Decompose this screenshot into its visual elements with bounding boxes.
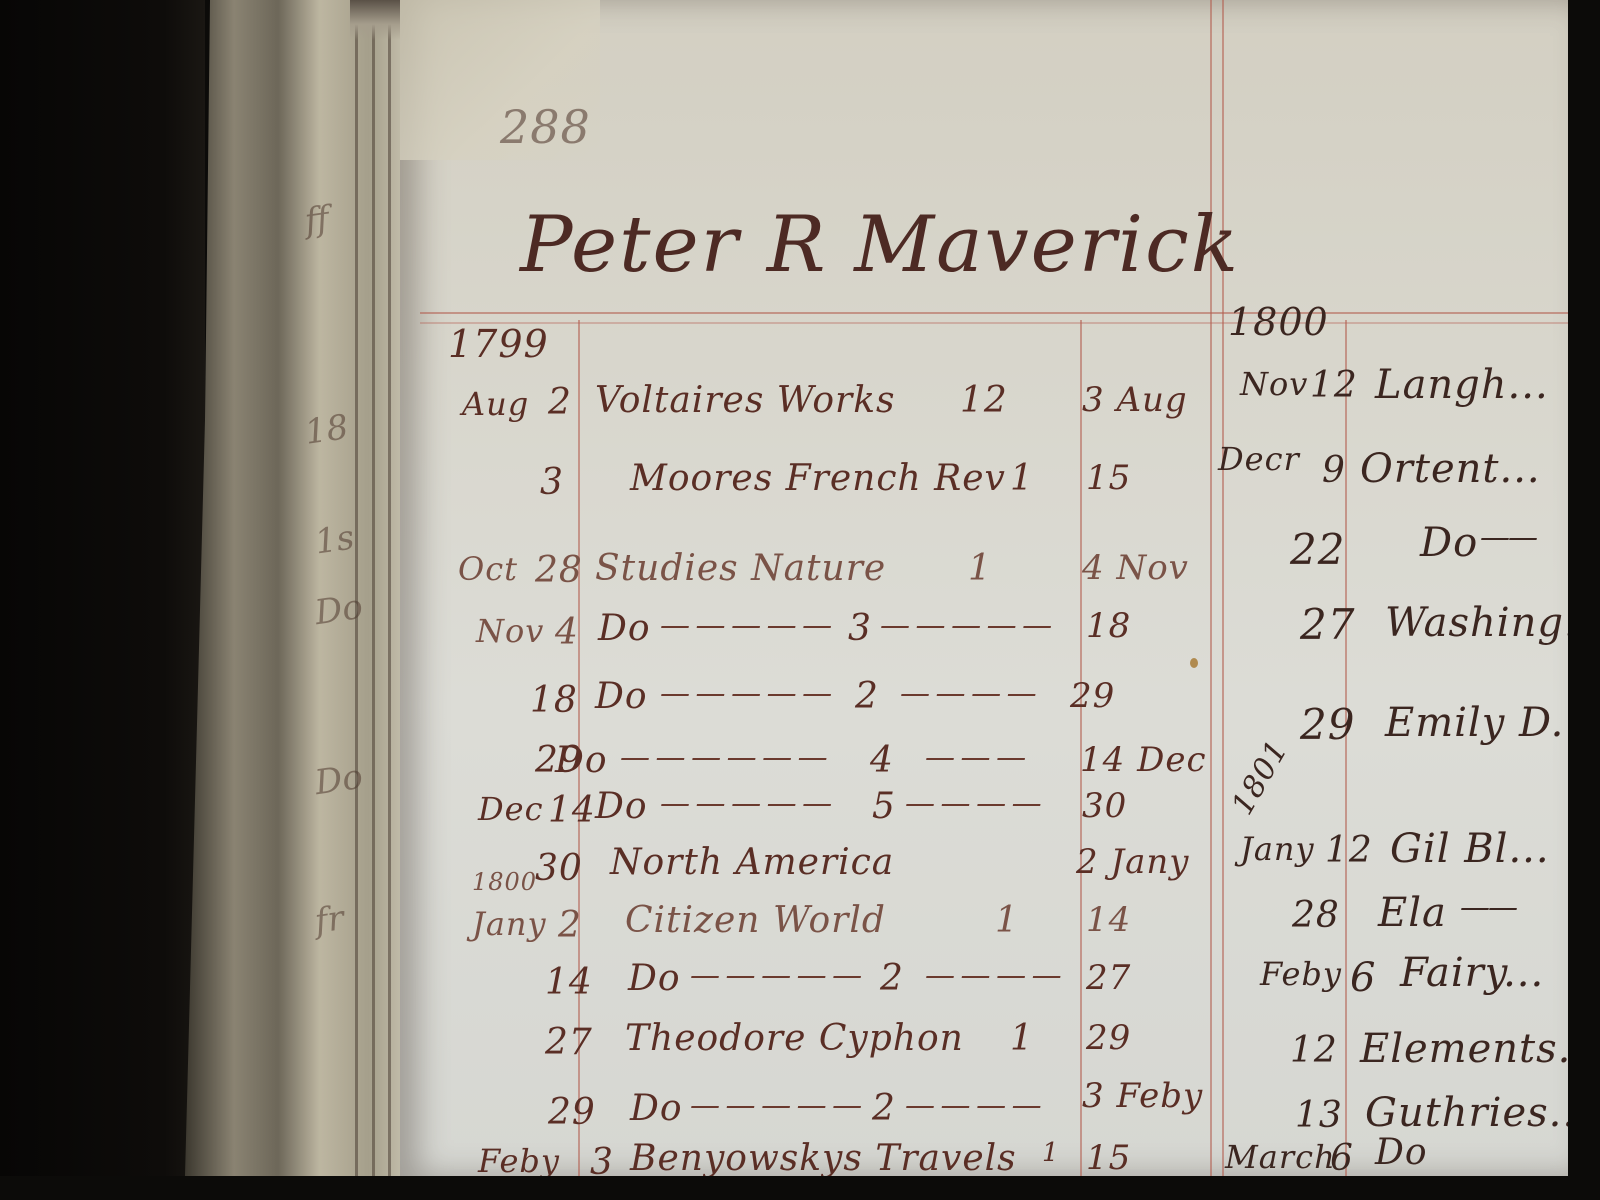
entry-title: Emily D... xyxy=(1385,700,1568,746)
entry-returned: 3 Feby xyxy=(1082,1076,1203,1116)
entry-title: Ortent... xyxy=(1360,446,1541,492)
ditto-rule: — — — — — xyxy=(690,1088,860,1123)
entry-returned: 14 xyxy=(1086,900,1131,940)
entry-volume: 1 xyxy=(1010,1018,1034,1059)
entry-title: Elements... xyxy=(1360,1026,1568,1072)
ghost-handwriting: ff xyxy=(302,199,331,242)
entry-returned: 27 xyxy=(1086,958,1131,998)
year-note: 1800 xyxy=(472,868,537,896)
entry-day: 2 xyxy=(548,382,572,423)
entry-day: 12 xyxy=(1325,830,1373,871)
entry-title: Do xyxy=(630,1088,683,1129)
book-binding-shadow xyxy=(0,0,205,1176)
entry-month: Nov xyxy=(1240,365,1308,403)
entry-title: Langh... xyxy=(1375,362,1549,408)
entry-month: March xyxy=(1225,1138,1336,1176)
entry-month: Feby xyxy=(1260,955,1342,993)
entry-returned: 18 xyxy=(1086,606,1131,646)
entry-day: 6 xyxy=(1330,1138,1354,1176)
entry-volume: 4 xyxy=(870,740,894,781)
underlying-page: ff 18 1s Do Do fr xyxy=(185,0,430,1176)
entry-month: Decr xyxy=(1218,440,1300,478)
entry-day: 30 xyxy=(535,848,583,889)
entry-title: Ela xyxy=(1378,890,1447,936)
ditto-rule: —— xyxy=(1480,520,1536,555)
entry-day: 6 xyxy=(1350,955,1376,1001)
entry-title: Do xyxy=(595,786,648,827)
entry-title: Do xyxy=(555,740,608,781)
entry-returned: 15 xyxy=(1086,1138,1131,1176)
entry-title: Guthries... xyxy=(1365,1090,1568,1136)
entry-returned: 3 Aug xyxy=(1082,380,1188,420)
entry-returned: 2 Jany xyxy=(1076,842,1189,882)
ghost-handwriting: fr xyxy=(312,898,346,942)
ditto-rule: — — — — — xyxy=(660,786,830,821)
entry-title: Washing... xyxy=(1385,600,1568,646)
account-name: Peter R Maverick xyxy=(520,200,1240,290)
entry-month: Dec xyxy=(478,790,544,828)
header-rule xyxy=(420,322,1568,324)
entry-day: 14 xyxy=(545,962,593,1003)
entry-volume: 2 xyxy=(855,676,879,717)
entry-title: Moores French Rev xyxy=(630,458,1006,499)
page-divider-rule xyxy=(1210,0,1212,1176)
entry-title: Do xyxy=(598,608,651,649)
entry-volume: 1 xyxy=(968,548,992,589)
ditto-rule: — — — — — xyxy=(660,608,830,643)
entry-title: Do xyxy=(1375,1132,1428,1173)
entry-returned: 29 xyxy=(1070,676,1115,716)
entry-month: Jany xyxy=(1240,830,1315,868)
entry-day: 18 xyxy=(530,680,578,721)
entry-returned: 30 xyxy=(1082,786,1127,826)
ditto-rule: — — — — xyxy=(900,676,1035,711)
entry-month: Oct xyxy=(458,550,518,588)
ditto-rule: — — — — — xyxy=(880,608,1050,643)
entry-day: 3 xyxy=(590,1142,614,1176)
entry-day: 12 xyxy=(1290,1030,1338,1071)
entry-day: 3 xyxy=(540,462,564,503)
entry-month: Jany xyxy=(472,905,547,943)
entry-title: Voltaires Works xyxy=(595,380,896,421)
entry-day: 29 xyxy=(548,1092,596,1133)
page-edge xyxy=(355,0,358,1176)
page-edge xyxy=(388,0,391,1176)
entry-title: Fairy... xyxy=(1400,950,1544,996)
folio-number: 288 xyxy=(500,100,591,154)
entry-day: 27 xyxy=(545,1022,593,1063)
entry-returned: 4 Nov xyxy=(1082,548,1189,588)
entry-day: 22 xyxy=(1290,525,1345,574)
entry-month: Aug xyxy=(462,385,529,423)
ditto-rule: —— xyxy=(1460,890,1516,925)
page-edge xyxy=(372,0,375,1176)
entry-title: Gil Bl... xyxy=(1390,826,1550,872)
ditto-rule: — — — xyxy=(925,740,1024,775)
entry-day: 13 xyxy=(1295,1095,1343,1136)
entry-day: 4 xyxy=(555,612,579,653)
entry-title: Benyowskys Travels xyxy=(630,1138,1017,1176)
entry-volume: 5 xyxy=(872,786,896,827)
entry-title: Theodore Cyphon xyxy=(625,1018,964,1059)
ditto-rule: — — — — xyxy=(905,786,1040,821)
entry-volume: 3 xyxy=(848,608,872,649)
entry-volume: 2 xyxy=(872,1088,896,1129)
ditto-rule: — — — — xyxy=(905,1088,1040,1123)
entry-volume: 2 xyxy=(880,958,904,999)
entry-day: 9 xyxy=(1322,450,1346,491)
entry-title: Do xyxy=(595,676,648,717)
entry-volume: 1 xyxy=(995,900,1019,941)
entry-title: Studies Nature xyxy=(595,548,886,589)
ghost-handwriting: 1s xyxy=(312,517,356,562)
entry-returned: 29 xyxy=(1086,1018,1131,1058)
entry-month: Feby xyxy=(478,1142,560,1176)
left-year: 1799 xyxy=(448,322,549,366)
entry-day: 28 xyxy=(1292,895,1340,936)
entry-day: 14 xyxy=(548,790,596,831)
entry-volume: 12 xyxy=(960,380,1008,421)
ditto-rule: — — — — — xyxy=(690,958,860,993)
paper-stain xyxy=(1190,658,1198,668)
entry-day: 27 xyxy=(1300,600,1355,649)
entry-volume: 1 xyxy=(1010,458,1034,499)
entry-month: Nov xyxy=(476,612,544,650)
entry-day: 12 xyxy=(1310,365,1358,406)
header-rule xyxy=(420,312,1568,314)
entry-day: 28 xyxy=(535,550,583,591)
ghost-handwriting: 18 xyxy=(302,407,350,453)
ditto-rule: — — — — xyxy=(925,958,1060,993)
entry-title: Citizen World xyxy=(625,900,886,941)
right-year: 1800 xyxy=(1228,300,1329,344)
entry-returned: 14 Dec xyxy=(1080,740,1207,780)
entry-day: 2 xyxy=(558,905,582,946)
entry-returned: 15 xyxy=(1086,458,1131,498)
ditto-rule: — — — — — xyxy=(660,676,830,711)
entry-title: North America xyxy=(610,842,894,883)
entry-title: Do xyxy=(1420,520,1478,566)
page-divider-rule xyxy=(1222,0,1224,1176)
entry-title: Do xyxy=(628,958,681,999)
entry-day: 29 xyxy=(1300,700,1355,749)
ditto-rule: — — — — — — xyxy=(620,740,826,775)
entry-volume: 1 xyxy=(1042,1138,1060,1168)
